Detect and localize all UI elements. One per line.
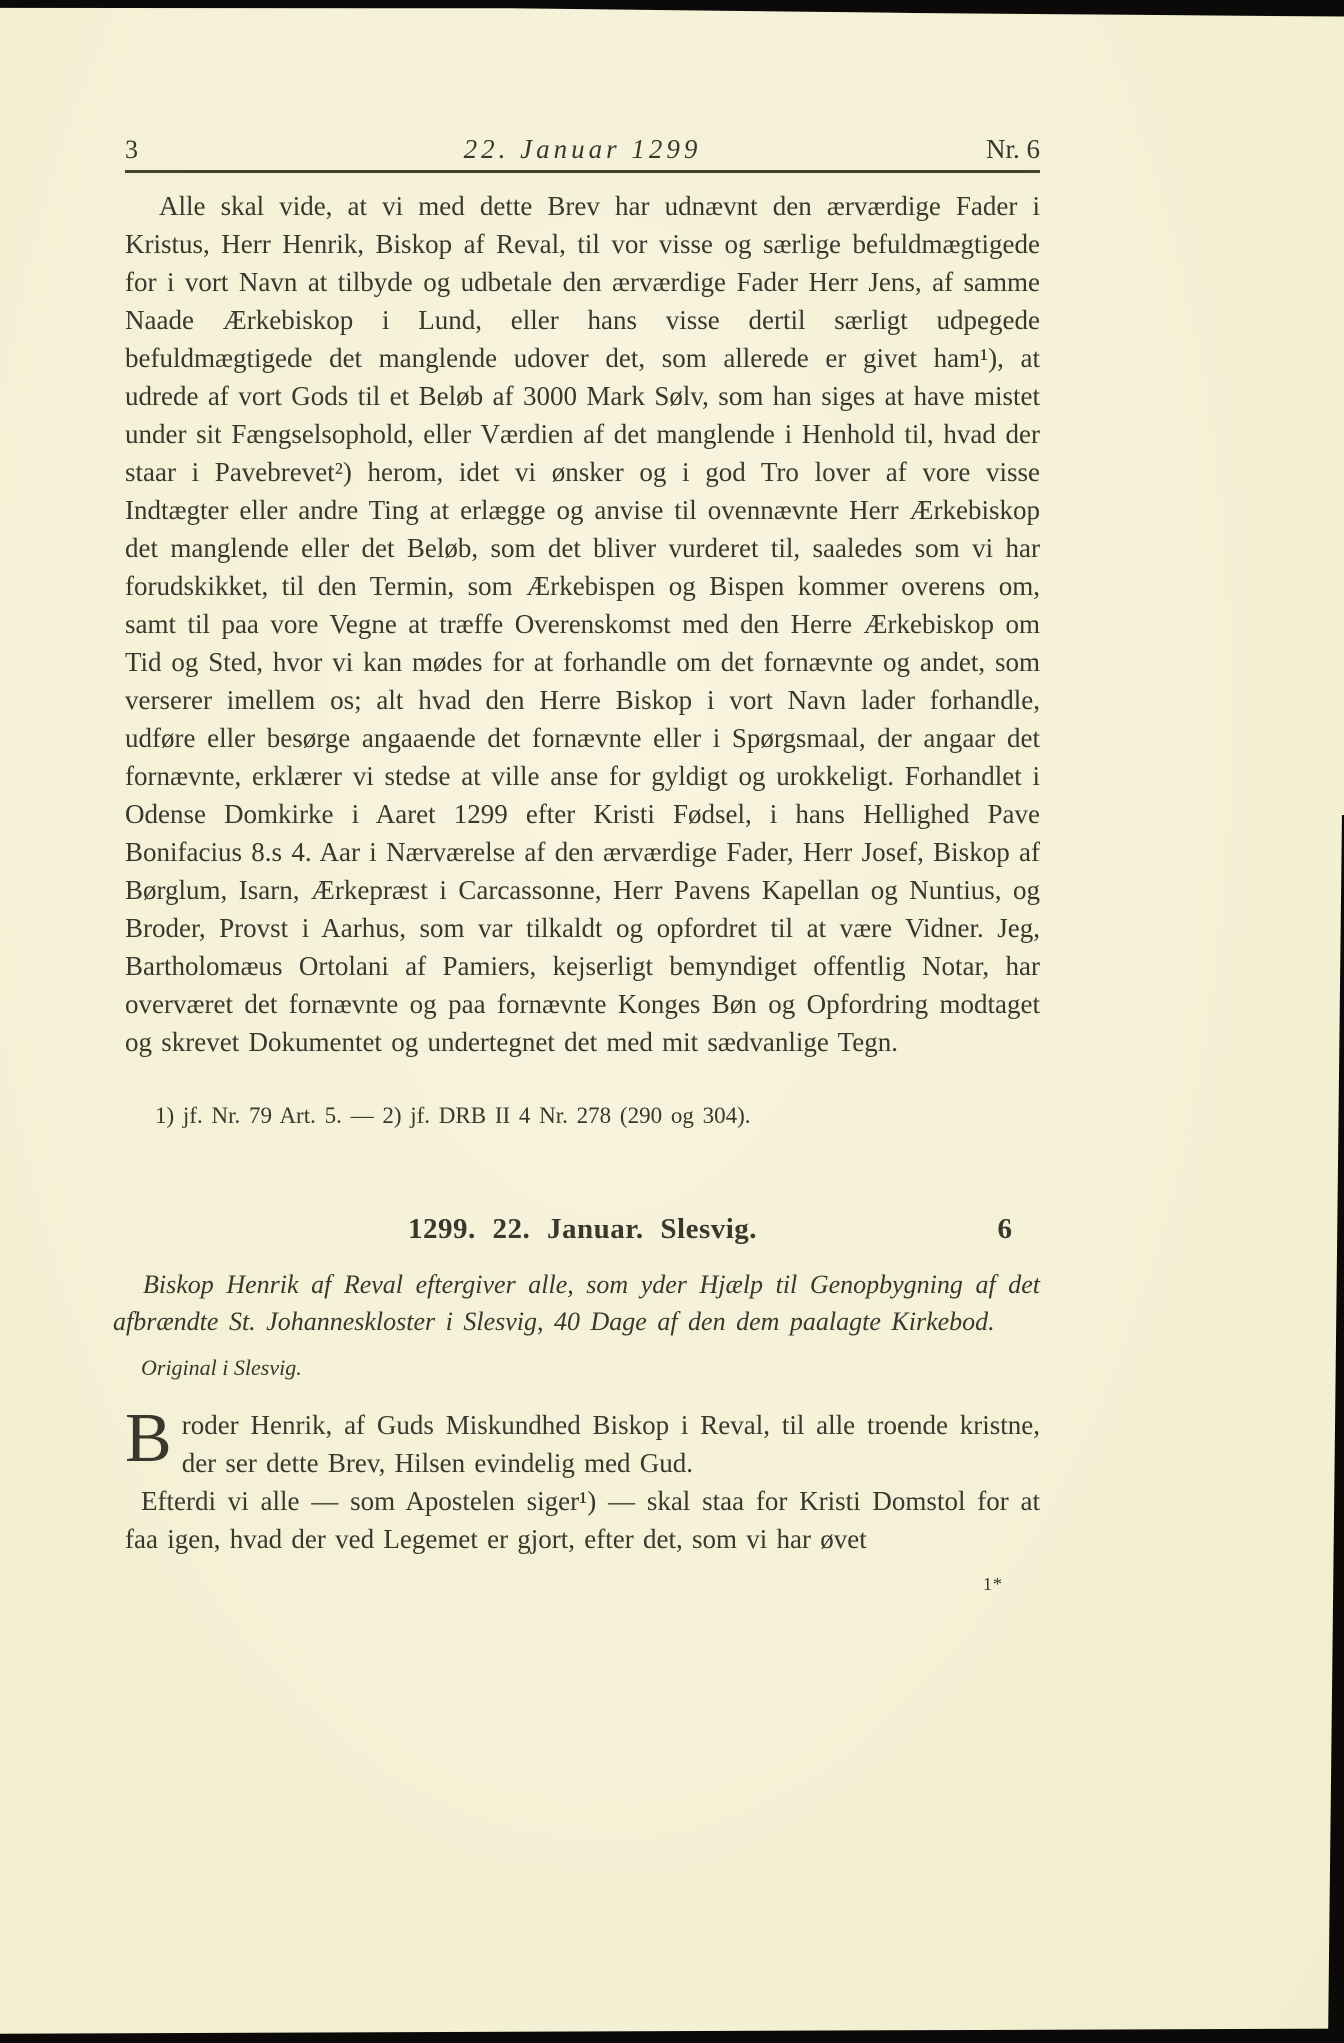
running-title: 22. Januar 1299	[215, 134, 950, 165]
drop-cap-letter: B	[125, 1406, 182, 1468]
running-head: 3 22. Januar 1299 Nr. 6	[125, 134, 1040, 165]
source-note: Original i Slesvig.	[141, 1354, 1040, 1382]
header-rule	[125, 170, 1040, 173]
opening-paragraph: Efterdi vi alle — som Apostelen siger¹) …	[125, 1482, 1040, 1558]
signature-mark: 1*	[983, 1574, 1040, 1595]
salutation-text: roder Henrik, af Guds Miskundhed Biskop …	[182, 1410, 1040, 1478]
page-content: 3 22. Januar 1299 Nr. 6 Alle skal vide, …	[125, 0, 1040, 1595]
scanned-book-page: 3 22. Januar 1299 Nr. 6 Alle skal vide, …	[0, 0, 1344, 2043]
footnote-line: 1) jf. Nr. 79 Art. 5. — 2) jf. DRB II 4 …	[155, 1101, 1040, 1131]
entry-heading: 1299. 22. Januar. Slesvig.	[408, 1213, 757, 1245]
running-entry-number: Nr. 6	[950, 134, 1040, 165]
regest-summary: Biskop Henrik af Reval eftergiver alle, …	[113, 1266, 1040, 1340]
letter-body-text: Alle skal vide, at vi med dette Brev har…	[125, 187, 1040, 1061]
entry-heading-row: 1299. 22. Januar. Slesvig. 6	[125, 1213, 1040, 1246]
salutation-paragraph: Broder Henrik, af Guds Miskundhed Biskop…	[125, 1406, 1040, 1482]
scan-edge-right	[1327, 815, 1344, 2043]
scan-edge-bottom	[0, 2028, 1344, 2043]
entry-number: 6	[998, 1213, 1013, 1246]
page-number: 3	[125, 135, 215, 165]
